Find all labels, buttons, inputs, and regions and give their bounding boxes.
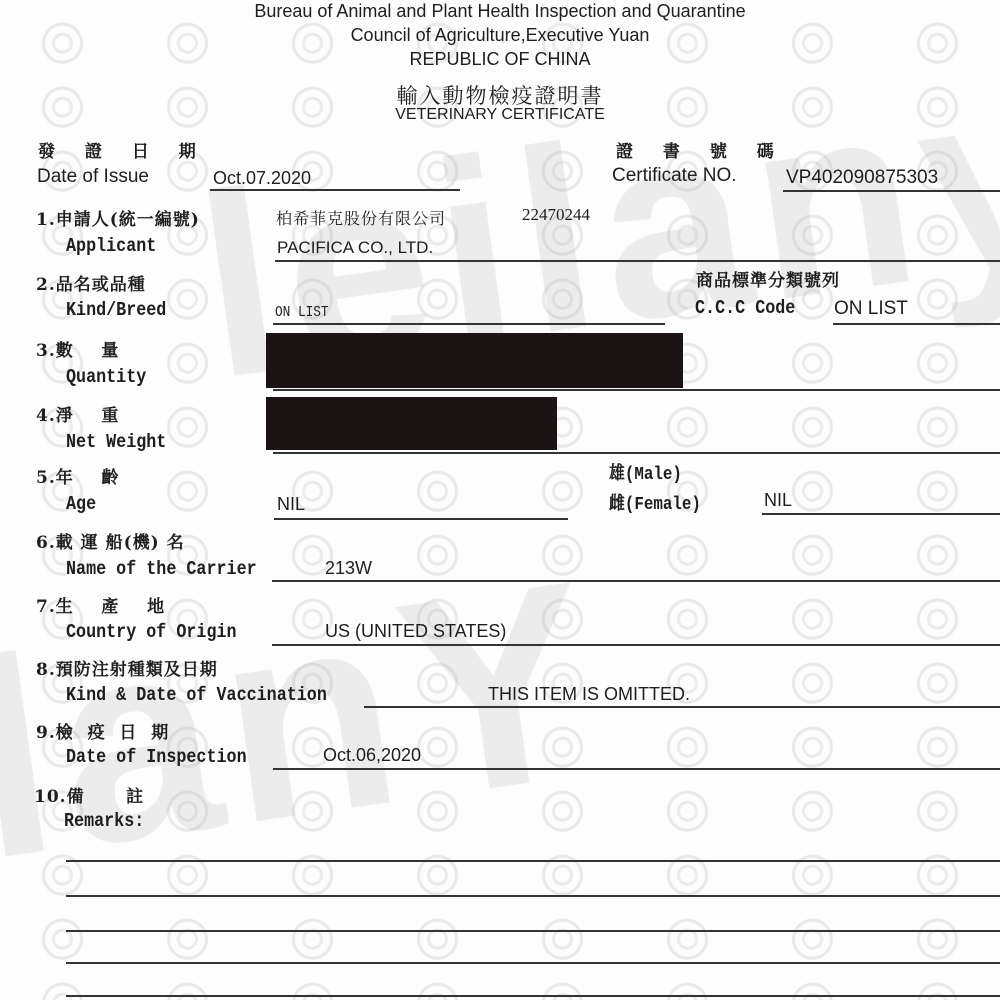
vaccination-label: Kind & Date of Vaccination [66,684,327,706]
origin-label: Country of Origin [66,621,237,643]
remarks-line-3 [66,930,1000,932]
divider [833,323,1000,325]
female-label: 雌(Female) [609,489,701,515]
divider [274,518,568,520]
issuing-council: Council of Agriculture,Executive Yuan [0,25,1000,46]
carrier-label: Name of the Carrier [66,558,257,580]
divider [783,190,1000,192]
remarks-line-4 [66,962,1000,964]
remarks-line-1 [66,860,1000,862]
divider [364,706,1000,708]
issue-date-label-zh: 發 證 日 期 [38,137,208,162]
divider [273,323,665,325]
kind-label-zh: 2.品名或品種 [36,270,146,295]
origin-value: US (UNITED STATES) [325,621,506,642]
issue-date-value: Oct.07.2020 [213,168,311,189]
carrier-label-zh: 6.載 運 船(機) 名 [36,528,185,553]
issuing-bureau: Bureau of Animal and Plant Health Inspec… [0,1,1000,22]
divider [273,452,1000,454]
certificate-no-value: VP402090875303 [786,167,938,189]
certificate-title-en: VETERINARY CERTIFICATE [0,106,1000,124]
applicant-label-zh: 1.申請人(統一編號) [36,205,200,230]
issue-date-label: Date of Issue [37,166,149,188]
inspection-label-zh: 9.檢 疫 日 期 [36,718,169,743]
certificate-no-label: Certificate NO. [612,165,737,187]
divider [275,260,1000,262]
vaccination-label-zh: 8.預防注射種類及日期 [36,655,218,680]
net-weight-label: Net Weight [66,431,166,453]
remarks-line-2 [66,895,1000,897]
inspection-value: Oct.06,2020 [323,745,421,766]
sex-value: NIL [764,490,792,511]
veterinary-certificate: Bureau of Animal and Plant Health Inspec… [0,0,1000,1000]
divider [273,389,1000,391]
remarks-line-5 [66,995,1000,997]
carrier-value: 213W [325,558,372,579]
divider [272,580,1000,582]
origin-label-zh: 7.生 產 地 [36,592,165,617]
certificate-no-label-zh: 證 書 號 碼 [616,137,786,162]
issuing-country: REPUBLIC OF CHINA [0,49,1000,70]
applicant-tax-id: 22470244 [522,205,590,225]
redacted-quantity [266,333,683,388]
quantity-label-zh: 3.數 量 [36,336,119,361]
ccc-value: ON LIST [834,298,908,320]
divider [210,189,460,191]
vaccination-value: THIS ITEM IS OMITTED. [488,684,690,705]
remarks-label: Remarks: [64,810,144,832]
inspection-label: Date of Inspection [66,746,247,768]
ccc-label: C.C.C Code [695,297,795,319]
age-value: NIL [277,494,305,515]
applicant-name-en: PACIFICA CO., LTD. [277,238,433,258]
applicant-label: Applicant [66,235,156,257]
kind-value: ON LIST [275,304,329,321]
age-label: Age [66,493,96,515]
net-weight-label-zh: 4.淨 重 [36,401,119,426]
divider [762,513,1000,515]
ccc-label-zh: 商品標準分類號列 [696,266,840,291]
applicant-name-zh: 柏希菲克股份有限公司 [276,206,446,229]
remarks-label-zh: 10.備 註 [34,782,144,807]
kind-label: Kind/Breed [66,299,166,321]
redacted-net-weight [266,397,557,450]
age-label-zh: 5.年 齡 [36,463,119,488]
male-label: 雄(Male) [609,459,682,485]
divider [273,768,1000,770]
quantity-label: Quantity [66,366,146,388]
divider [272,644,1000,646]
